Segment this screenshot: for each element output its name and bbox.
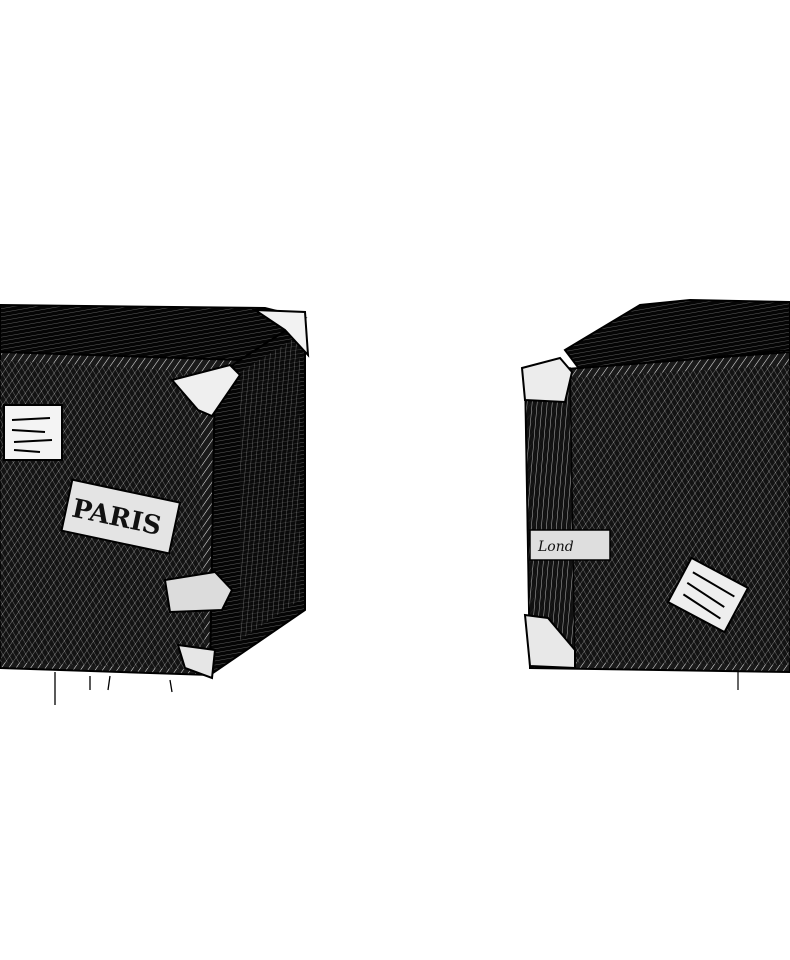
right-trunk: Lond	[522, 300, 790, 690]
left-trunk-tag	[4, 405, 62, 460]
trunks-illustration: PARIS Lond	[0, 0, 790, 960]
right-label-text: Lond	[537, 539, 574, 555]
corner-bracket-right-top	[522, 358, 572, 402]
right-trunk-label: Lond	[530, 530, 610, 560]
left-trunk: PARIS	[0, 305, 308, 705]
corner-bracket-front-bottom	[165, 572, 232, 612]
